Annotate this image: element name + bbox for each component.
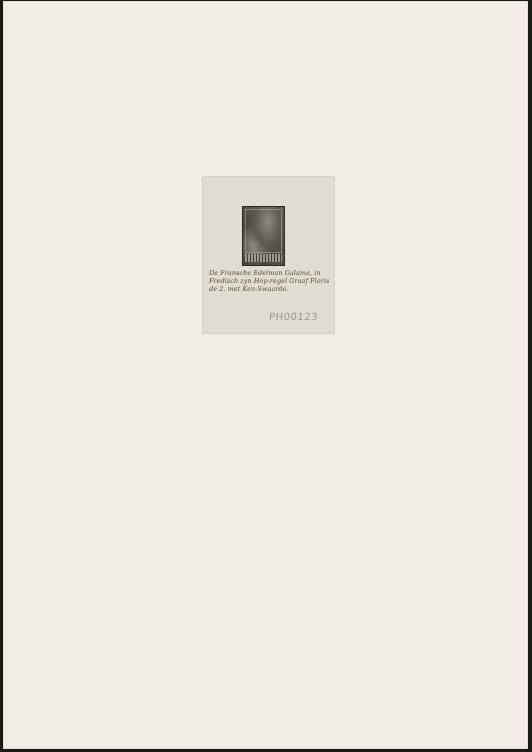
scanned-sheet: De Fransche Edelman Galama, in Fredisch … [3,1,528,749]
catalog-number: PH00123 [268,312,318,323]
inscription-line: De Fransche Edelman Galama, in [209,269,333,277]
inscription-line: de 2. met Ken-Swaarde. [209,285,333,293]
handwritten-inscription: De Fransche Edelman Galama, in Fredisch … [209,269,333,294]
engraving-plate-border [245,209,282,253]
print-mount: De Fransche Edelman Galama, in Fredisch … [203,177,334,333]
inscription-line: Fredisch zyn Hop-regel Graaf Floris [209,277,333,285]
engraving-caption-band [245,254,282,262]
engraving-image [242,206,285,266]
